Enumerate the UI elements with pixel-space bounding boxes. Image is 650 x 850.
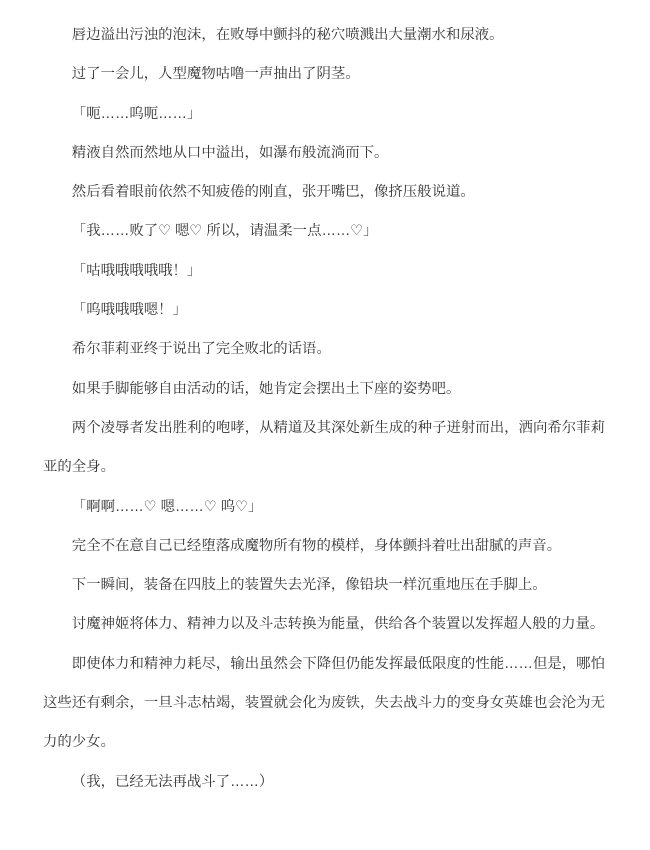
paragraph: 唇边溢出污浊的泡沫，在败辱中颤抖的秘穴喷溅出大量潮水和尿液。 [43, 16, 605, 55]
paragraph: 过了一会儿，人型魔物咕噜一声抽出了阴茎。 [43, 55, 605, 94]
paragraph: 完全不在意自己已经堕落成魔物所有物的模样，身体颤抖着吐出甜腻的声音。 [43, 527, 605, 566]
paragraph: 即使体力和精神力耗尽，输出虽然会下降但仍能发挥最低限度的性能……但是，哪怕这些还… [43, 645, 605, 763]
paragraph: 讨魔神姬将体力、精神力以及斗志转换为能量，供给各个装置以发挥超人般的力量。 [43, 605, 605, 644]
paragraph: 两个凌辱者发出胜利的咆哮，从精道及其深处新生成的种子迸射而出，洒向希尔菲莉亚的全… [43, 409, 605, 488]
paragraph: 如果手脚能够自由活动的话，她肯定会摆出土下座的姿势吧。 [43, 370, 605, 409]
paragraph: 「呜哦哦哦嗯！」 [43, 291, 605, 330]
paragraph: 「啊啊……♡ 嗯……♡ 呜♡」 [43, 488, 605, 527]
paragraph: （我，已经无法再战斗了……） [43, 763, 605, 802]
paragraph: 希尔菲莉亚终于说出了完全败北的话语。 [43, 330, 605, 369]
paragraph: 下一瞬间，装备在四肢上的装置失去光泽，像铅块一样沉重地压在手脚上。 [43, 566, 605, 605]
novel-page: 唇边溢出污浊的泡沫，在败辱中颤抖的秘穴喷溅出大量潮水和尿液。 过了一会儿，人型魔… [0, 0, 650, 850]
paragraph: 精液自然而然地从口中溢出，如瀑布般流淌而下。 [43, 134, 605, 173]
paragraph: 「呃……呜呃……」 [43, 95, 605, 134]
paragraph: 「咕哦哦哦哦哦！」 [43, 252, 605, 291]
paragraph: 「我……败了♡ 嗯♡ 所以，请温柔一点……♡」 [43, 212, 605, 251]
paragraph: 然后看着眼前依然不知疲倦的刚直，张开嘴巴，像挤压般说道。 [43, 173, 605, 212]
